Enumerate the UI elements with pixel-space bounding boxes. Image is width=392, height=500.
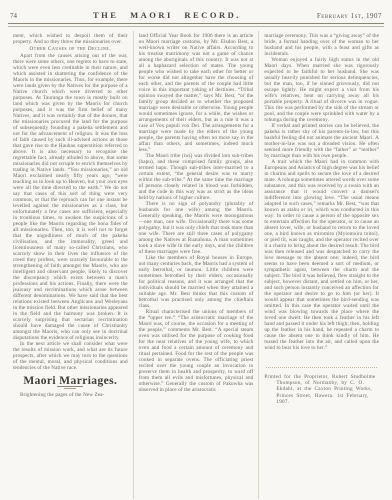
section-subheading: Other Causes of the Decline. — [13, 46, 128, 52]
column-3: marriage ceremony. This was a “giving aw… — [258, 31, 384, 499]
paragraph: The Maori tribe (iwi) was divided into s… — [139, 153, 254, 201]
paragraph: There is no sign of polyandry (plurality… — [139, 201, 254, 255]
column-1: ment, which wished to despoil them of th… — [8, 31, 133, 499]
page-header: 74 THE MAORI RECORD. February 1st, 1907 — [0, 0, 392, 22]
paragraph-continuation: marriage ceremony. This was a “giving aw… — [264, 33, 379, 57]
paragraph-continuation: ment, which wished to despoil them of th… — [13, 33, 128, 45]
text-columns: ment, which wished to despoil them of th… — [0, 27, 392, 499]
paragraph: In the next article we shall consider wh… — [13, 341, 128, 371]
paragraph: Ritual characterised the unions of membe… — [139, 309, 254, 393]
heading-ornament — [57, 386, 83, 389]
magazine-page: 74 THE MAORI RECORD. February 1st, 1907 … — [0, 0, 392, 500]
paragraph: Like the members of Royal houses in Euro… — [139, 255, 254, 309]
publication-title: THE MAORI RECORD. — [93, 10, 241, 20]
paragraph: A trait which the Maori had in common wi… — [264, 159, 379, 351]
paragraph: If verbal and printed stories can be bel… — [264, 123, 379, 159]
paragraph-continuation: land Official Year Book for 1906 there i… — [139, 33, 254, 153]
article-heading: Maori Marriages. — [13, 378, 128, 384]
printer-imprint: Printed for the Proprietor, Robert Studh… — [264, 374, 379, 406]
paragraph: Woman enjoyed a fairly high status in th… — [264, 57, 379, 123]
imprint-rule — [266, 367, 377, 368]
column-2: land Official Year Book for 1906 there i… — [133, 31, 259, 499]
paragraph: Apart from the causes arising out of the… — [13, 53, 128, 341]
issue-date: February 1st, 1907 — [317, 12, 382, 20]
page-number: 74 — [10, 12, 17, 20]
paragraph: Brightening the pages of the New Zea- — [13, 392, 128, 398]
